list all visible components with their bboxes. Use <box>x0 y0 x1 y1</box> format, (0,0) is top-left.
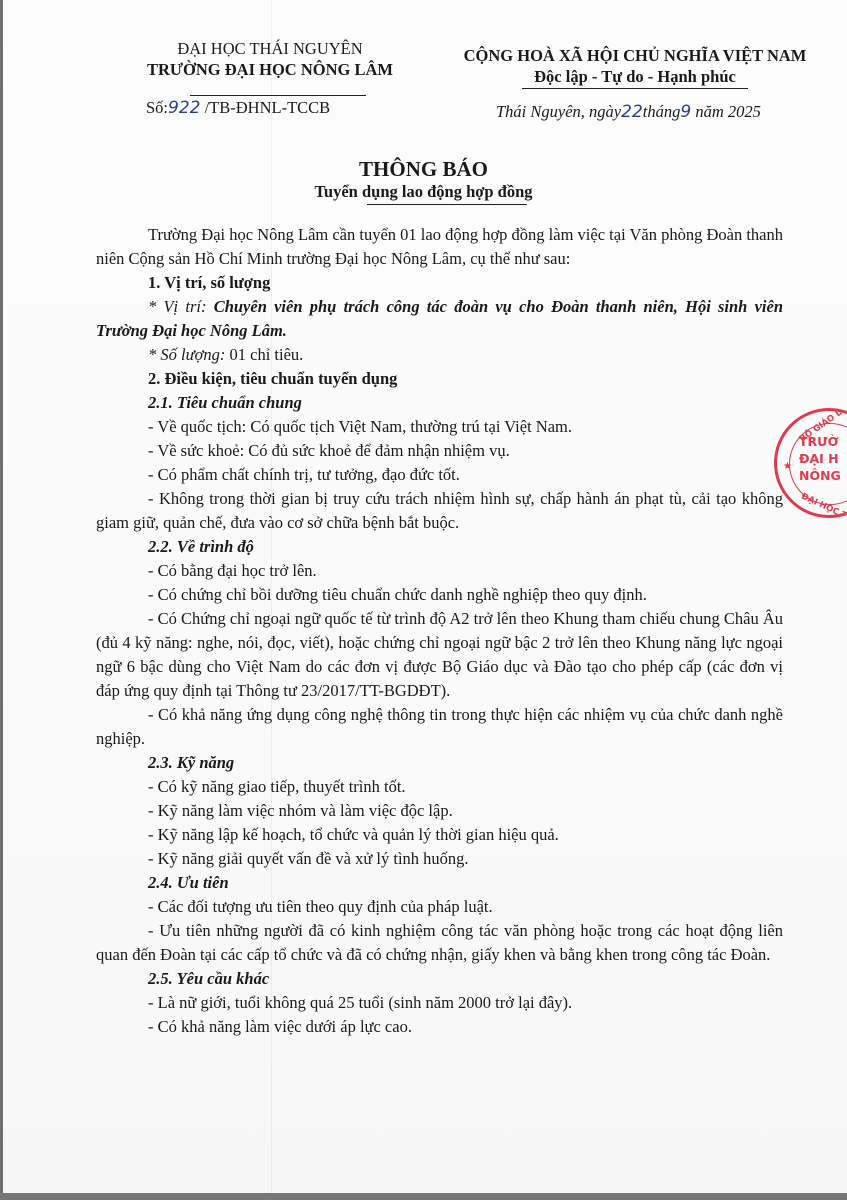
subsection-heading: 2.2. Về trình độ <box>96 535 783 559</box>
official-seal: BỘ GIÁO DỤC ★ ĐẠI HỌC TH TRƯỜ ĐẠI H NÔNG <box>774 408 847 518</box>
list-item: - Ưu tiên những người đã có kinh nghiệm … <box>96 919 783 967</box>
intro-paragraph: Trường Đại học Nông Lâm cần tuyển 01 lao… <box>96 223 783 271</box>
list-item: - Có khả năng ứng dụng công nghệ thông t… <box>96 703 783 751</box>
seal-star-icon: ★ <box>783 461 792 472</box>
subsection-heading: 2.1. Tiêu chuẩn chung <box>96 391 783 415</box>
issuer-header: ĐẠI HỌC THÁI NGUYÊN TRƯỜNG ĐẠI HỌC NÔNG … <box>100 38 440 81</box>
seal-center-text: TRƯỜ ĐẠI H NÔNG <box>799 433 847 484</box>
list-item: - Về sức khoẻ: Có đủ sức khoẻ để đảm nhậ… <box>96 439 783 463</box>
issuer-underline <box>190 95 366 96</box>
national-motto: Độc lập - Tự do - Hạnh phúc <box>522 66 748 89</box>
document-number: Số:922 /TB-ĐHNL-TCCB <box>146 98 330 118</box>
handwritten-day: 22 <box>621 102 643 122</box>
national-header: CỘNG HOÀ XÃ HỘI CHỦ NGHĨA VIỆT NAM Độc l… <box>440 45 830 89</box>
list-item: - Có kỹ năng giao tiếp, thuyết trình tốt… <box>96 775 783 799</box>
scanned-document-page: ĐẠI HỌC THÁI NGUYÊN TRƯỜNG ĐẠI HỌC NÔNG … <box>0 0 847 1200</box>
subsection-heading: 2.3. Kỹ năng <box>96 751 783 775</box>
section-heading: 1. Vị trí, số lượng <box>96 271 783 295</box>
document-subtitle: Tuyển dụng lao động hợp đồng <box>0 182 847 202</box>
handwritten-number: 922 <box>168 98 200 118</box>
document-body: Trường Đại học Nông Lâm cần tuyển 01 lao… <box>96 223 783 1039</box>
list-item: - Có khả năng làm việc dưới áp lực cao. <box>96 1015 783 1039</box>
handwritten-month: 9 <box>680 102 691 122</box>
list-item: - Kỹ năng lập kế hoạch, tổ chức và quản … <box>96 823 783 847</box>
list-item: - Là nữ giới, tuổi không quá 25 tuổi (si… <box>96 991 783 1015</box>
list-item: - Có bằng đại học trở lên. <box>96 559 783 583</box>
list-item: - Về quốc tịch: Có quốc tịch Việt Nam, t… <box>96 415 783 439</box>
list-item: - Có phẩm chất chính trị, tư tưởng, đạo … <box>96 463 783 487</box>
list-item: - Không trong thời gian bị truy cứu trác… <box>96 487 783 535</box>
document-date: Thái Nguyên, ngày22tháng9 năm 2025 <box>496 102 761 122</box>
list-item: - Có Chứng chỉ ngoại ngữ quốc tế từ trìn… <box>96 607 783 703</box>
position-line: * Vị trí: Chuyên viên phụ trách công tác… <box>96 295 783 343</box>
parent-university: ĐẠI HỌC THÁI NGUYÊN <box>100 38 440 59</box>
quantity-line: * Số lượng: 01 chỉ tiêu. <box>96 343 783 367</box>
section-heading: 2. Điều kiện, tiêu chuẩn tuyển dụng <box>96 367 783 391</box>
subsection-heading: 2.4. Ưu tiên <box>96 871 783 895</box>
list-item: - Có chứng chỉ bồi dưỡng tiêu chuẩn chức… <box>96 583 783 607</box>
issuing-school: TRƯỜNG ĐẠI HỌC NÔNG LÂM <box>100 59 440 80</box>
list-item: - Các đối tượng ưu tiên theo quy định củ… <box>96 895 783 919</box>
subtitle-underline <box>367 204 527 205</box>
subsection-heading: 2.5. Yêu cầu khác <box>96 967 783 991</box>
national-title: CỘNG HOÀ XÃ HỘI CHỦ NGHĨA VIỆT NAM <box>440 45 830 66</box>
scan-edge-bottom <box>0 1193 847 1200</box>
document-title: THÔNG BÁO <box>0 157 847 182</box>
list-item: - Kỹ năng làm việc nhóm và làm việc độc … <box>96 799 783 823</box>
list-item: - Kỹ năng giải quyết vấn đề và xử lý tìn… <box>96 847 783 871</box>
